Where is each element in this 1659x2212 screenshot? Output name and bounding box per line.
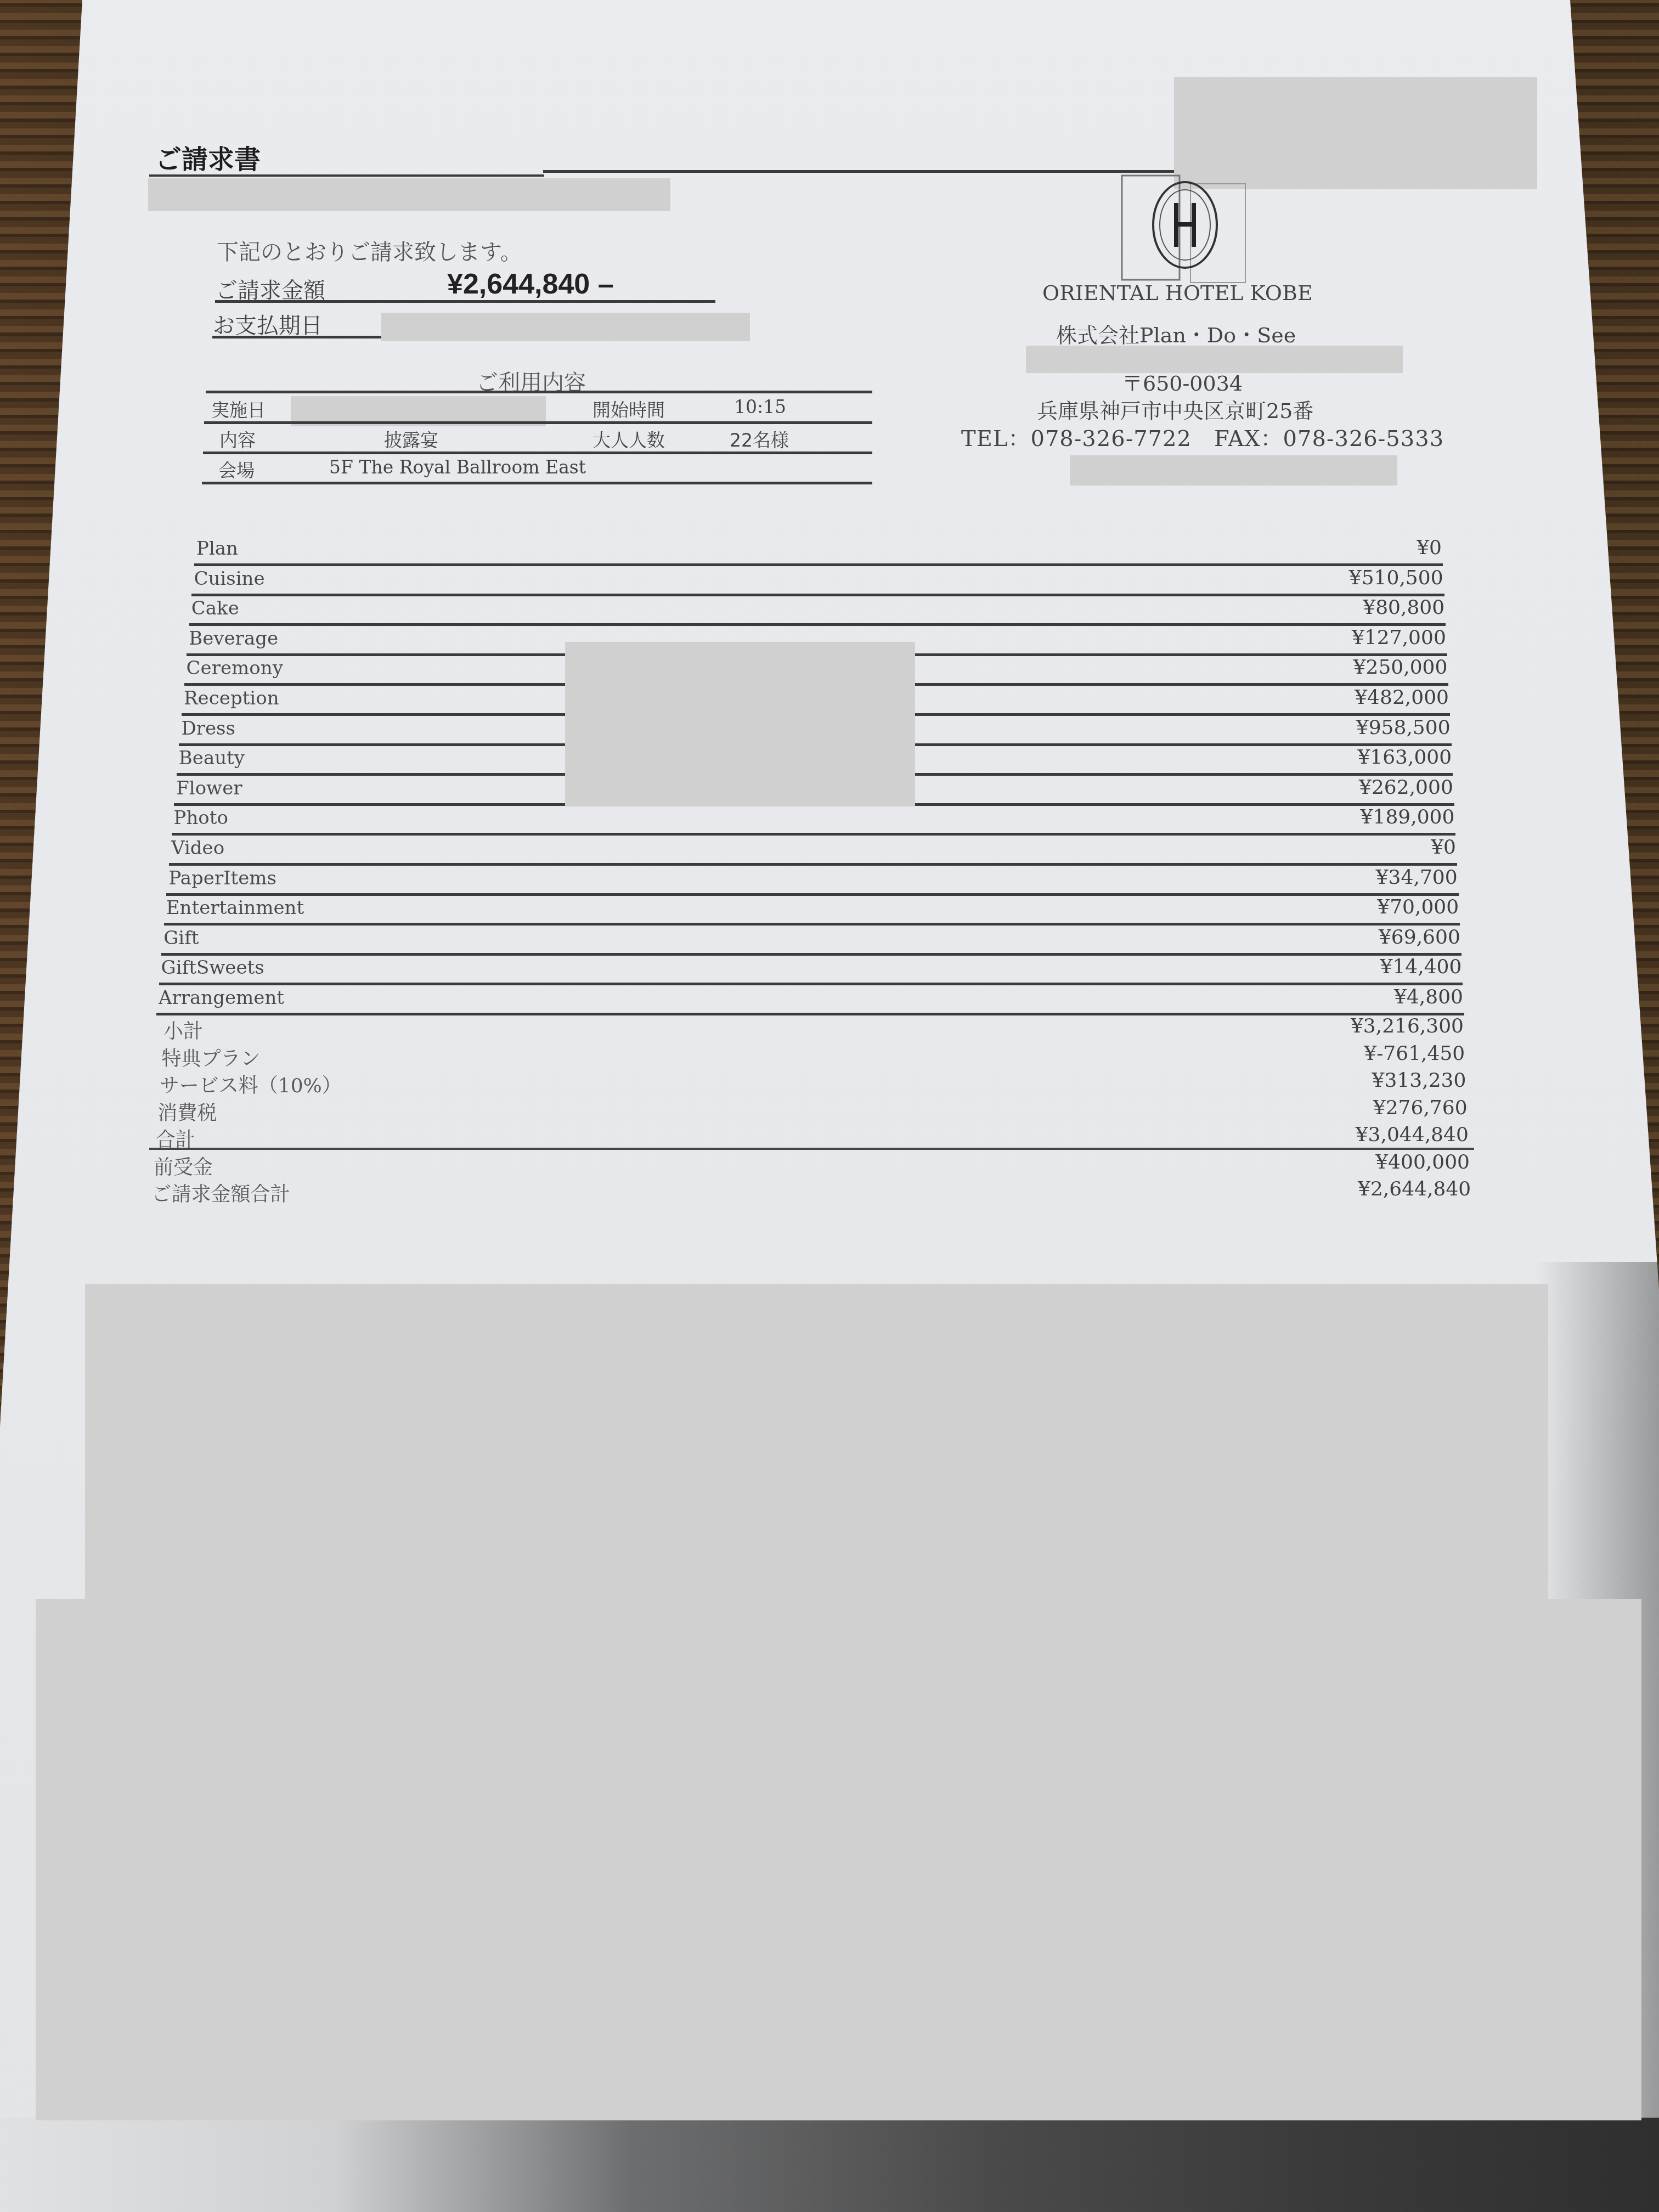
item-amount: ¥262,000 [1234,776,1453,799]
amount-underline [215,300,715,303]
usage-content: 披露宴 [384,426,438,452]
redacted-due-date [381,313,750,341]
usage-label-content: 内容 [219,426,256,452]
redacted-issuer-contact [1070,455,1397,486]
item-label: Reception [184,687,279,709]
due-date-underline [212,336,381,338]
item-amount: ¥14,400 [1242,956,1462,978]
company-name: 株式会社Plan・Do・See [1056,318,1296,348]
usage-rule-1 [204,421,872,424]
item-amount: ¥70,000 [1239,896,1459,918]
row-divider [172,833,1456,836]
item-label: PaperItems [168,867,276,889]
item-label: Beverage [189,628,278,650]
title-underline-left [149,174,544,177]
redacted-lower-section [85,1284,1548,1602]
title-underline [543,170,1174,173]
tel-fax: TEL：078-326-7722 FAX：078-326-5333 [961,421,1444,453]
redacted-bottom-section [36,1599,1641,2120]
postal-code: 〒650-0034 [1122,366,1243,397]
item-label: GiftSweets [161,957,264,979]
summary-amount: ¥-761,450 [1245,1042,1465,1065]
summary-label: 前受金 [154,1152,213,1180]
row-divider [191,594,1444,596]
summary-amount: ¥2,644,840 [1251,1178,1471,1200]
redacted-item-notes [565,642,915,806]
row-divider [169,863,1457,866]
row-divider [161,953,1462,956]
paper-shadow-bottom [0,2118,1659,2212]
item-label: Plan [196,538,238,560]
usage-label-start-time: 開始時間 [592,396,665,422]
item-label: Ceremony [187,657,283,679]
usage-rule-top [206,391,872,393]
amount-value: ¥2,644,840 – [447,268,614,301]
item-label: Video [171,837,224,859]
item-amount: ¥0 [1222,537,1442,559]
usage-rule-2 [203,452,872,454]
item-amount: ¥189,000 [1235,806,1454,828]
summary-amount: ¥3,044,840 [1249,1124,1469,1146]
redacted-recipient [148,178,670,211]
summary-amount: ¥400,000 [1250,1151,1470,1173]
summary-label: サービス料（10%） [160,1070,342,1098]
usage-label-adults: 大人人数 [592,426,665,452]
item-label: Arrangement [159,987,284,1009]
item-label: Cuisine [194,568,264,590]
row-divider [166,893,1458,896]
total-divider [149,1148,1474,1150]
item-amount: ¥34,700 [1238,866,1458,889]
item-label: Photo [174,807,228,829]
document-title: ご請求書 [155,138,261,176]
row-divider [164,923,1460,926]
usage-start-time: 10:15 [734,396,786,417]
item-label: Dress [181,718,235,740]
hotel-name: ORIENTAL HOTEL KOBE [1042,281,1313,305]
summary-amount: ¥276,760 [1248,1097,1468,1119]
item-amount: ¥80,800 [1225,596,1444,619]
item-label: Cake [191,597,239,619]
row-divider [159,983,1463,985]
item-amount: ¥0 [1237,836,1456,859]
item-label: Gift [163,927,199,949]
issuer-address: 兵庫県神戸市中央区京町25番 [1037,394,1313,424]
row-divider [194,563,1443,566]
summary-amount: ¥3,216,300 [1244,1015,1464,1037]
summary-label: ご請求金額合計 [151,1179,290,1207]
intro-text: 下記のとおりご請求致します。 [217,235,522,266]
usage-label-venue: 会場 [218,456,255,482]
item-amount: ¥958,500 [1231,716,1451,739]
usage-venue: 5F The Royal Ballroom East [329,456,586,478]
item-amount: ¥127,000 [1227,627,1446,649]
usage-label-date: 実施日 [211,396,266,422]
usage-adults: 22名様 [730,426,789,452]
item-amount: ¥510,500 [1224,567,1443,589]
summary-label: 特典プラン [161,1043,260,1071]
hotel-crest-icon [1119,173,1251,288]
item-amount: ¥482,000 [1229,686,1449,709]
item-amount: ¥250,000 [1228,656,1447,679]
item-label: Flower [176,777,242,799]
item-label: Beauty [179,747,245,769]
due-date-label: お支払期日 [213,308,323,340]
summary-label: 消費税 [157,1098,217,1126]
summary-amount: ¥313,230 [1246,1069,1466,1092]
item-amount: ¥69,600 [1241,926,1460,949]
item-label: Entertainment [166,897,304,919]
row-divider [189,623,1446,626]
usage-rule-bottom [202,482,872,484]
item-amount: ¥4,800 [1244,986,1463,1008]
item-amount: ¥163,000 [1232,746,1452,769]
summary-label: 小計 [163,1016,203,1044]
